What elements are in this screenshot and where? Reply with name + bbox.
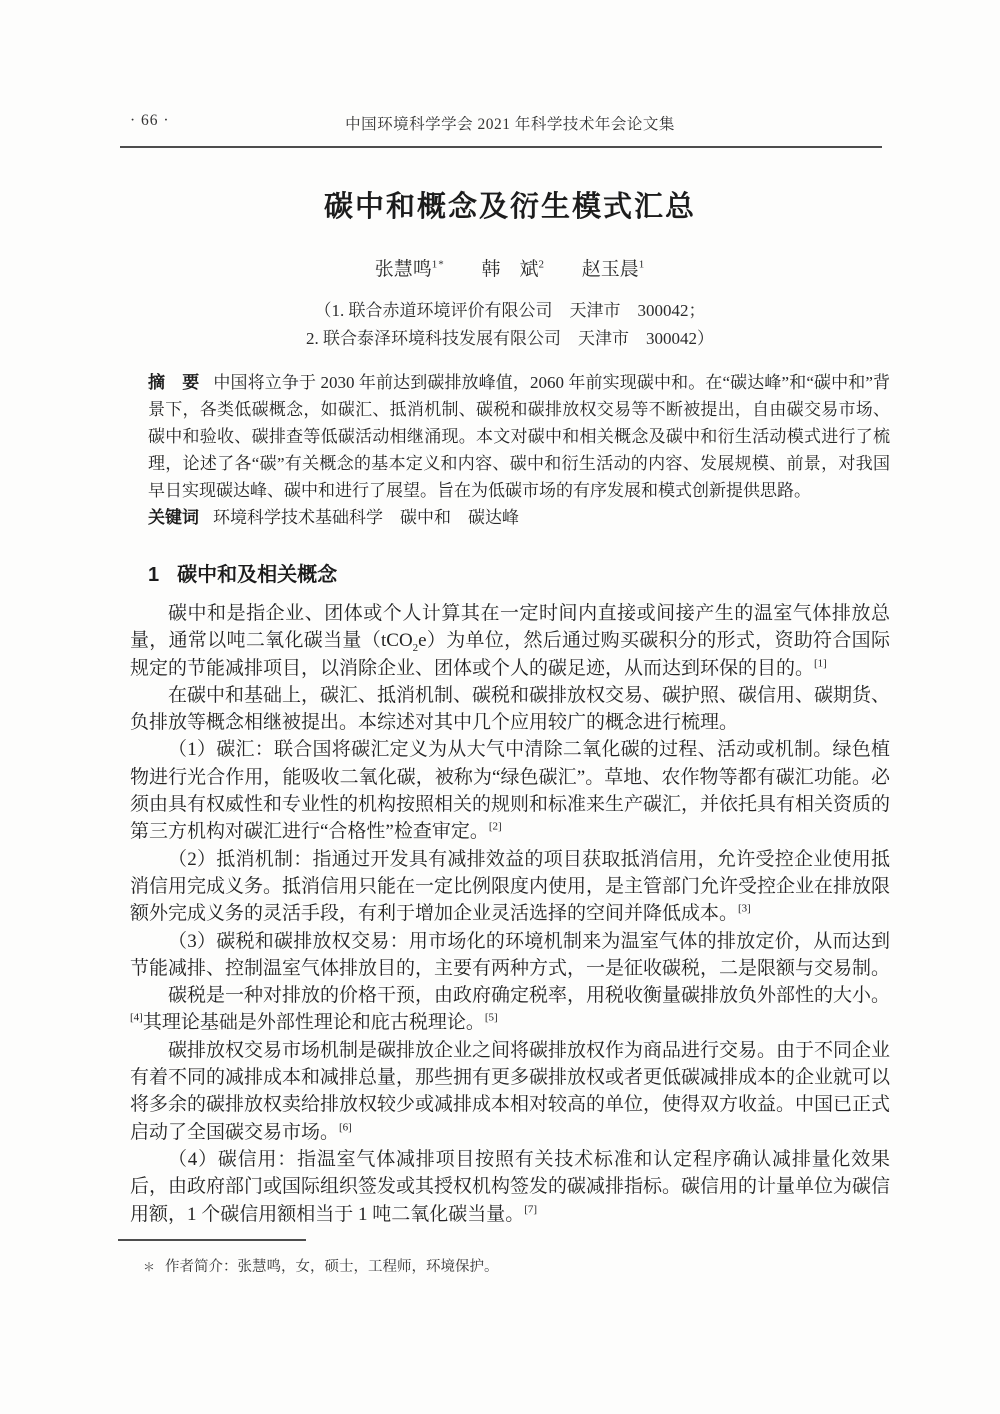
author-3: 赵玉晨1 <box>582 259 646 280</box>
running-header-title: 中国环境科学学会 2021 年科学技术年会论文集 <box>130 112 890 134</box>
author-3-affiliation-mark: 1 <box>639 259 646 271</box>
paragraph-6-text-2: 其理论基础是外部性理论和庇古税理论。 <box>143 1012 485 1033</box>
header-divider <box>120 146 882 148</box>
paragraph-1: 碳中和是指企业、团体或个人计算其在一定时间内直接或间接产生的温室气体排放总量，通… <box>130 600 890 682</box>
reference-2: [2] <box>489 821 502 833</box>
section-number: 1 <box>148 564 159 586</box>
paragraph-3: （1）碳汇：联合国将碳汇定义为从大气中清除二氧化碳的过程、活动或机制。绿色植物进… <box>130 736 890 845</box>
paragraph-6: 碳税是一种对排放的价格干预，由政府确定税率，用税收衡量碳排放负外部性的大小。[4… <box>130 982 890 1037</box>
abstract-label: 摘 要 <box>148 373 199 392</box>
author-1: 张慧鸣1* <box>375 259 445 280</box>
reference-5: [5] <box>485 1012 498 1024</box>
document-page: · 66 · 中国环境科学学会 2021 年科学技术年会论文集 碳中和概念及衍生… <box>0 0 1000 1414</box>
keywords-text: 环境科学技术基础科学 碳中和 碳达峰 <box>213 508 519 527</box>
paragraph-6-text: 碳税是一种对排放的价格干预，由政府确定税率，用税收衡量碳排放负外部性的大小。 <box>168 985 890 1006</box>
section-title: 碳中和及相关概念 <box>177 564 337 586</box>
author-2-affiliation-mark: 2 <box>539 259 546 271</box>
author-line: 张慧鸣1* 韩 斌2 赵玉晨1 <box>130 254 890 281</box>
footnote-divider <box>118 1239 306 1241</box>
reference-7: [7] <box>524 1203 537 1215</box>
footnote-marker: ＊ <box>143 1260 155 1274</box>
reference-3: [3] <box>738 903 751 915</box>
abstract-text: 中国将立争于 2030 年前达到碳排放峰值，2060 年前实现碳中和。在“碳达峰… <box>148 373 890 500</box>
paragraph-5-text: （3）碳税和碳排放权交易：用市场化的环境机制来为温室气体的排放定价，从而达到节能… <box>130 931 890 979</box>
paragraph-4-text: （2）抵消机制：指通过开发具有减排效益的项目获取抵消信用，允许受控企业使用抵消信… <box>130 849 890 925</box>
section-heading-1: 1碳中和及相关概念 <box>148 558 890 587</box>
paragraph-2-text: 在碳中和基础上，碳汇、抵消机制、碳税和碳排放权交易、碳护照、碳信用、碳期货、负排… <box>130 685 890 733</box>
body-text: 碳中和是指企业、团体或个人计算其在一定时间内直接或间接产生的温室气体排放总量，通… <box>130 600 890 1228</box>
paragraph-7: 碳排放权交易市场机制是碳排放企业之间将碳排放权作为商品进行交易。由于不同企业有着… <box>130 1037 890 1146</box>
reference-1: [1] <box>814 657 827 669</box>
keywords-label: 关键词 <box>148 508 199 527</box>
reference-4: [4] <box>130 1012 143 1024</box>
author-1-affiliation-mark: 1* <box>432 259 445 271</box>
running-header: · 66 · 中国环境科学学会 2021 年科学技术年会论文集 <box>130 112 890 134</box>
paper-title: 碳中和概念及衍生模式汇总 <box>130 184 890 225</box>
paragraph-7-text: 碳排放权交易市场机制是碳排放企业之间将碳排放权作为商品进行交易。由于不同企业有着… <box>130 1040 890 1143</box>
author-2: 韩 斌2 <box>481 259 545 280</box>
reference-6: [6] <box>339 1121 352 1133</box>
author-2-name: 韩 斌 <box>481 259 538 280</box>
paragraph-8-text: （4）碳信用：指温室气体减排项目按照有关技术标准和认定程序确认减排量化效果后，由… <box>130 1149 890 1225</box>
affiliation-1: （1. 联合赤道环境评价有限公司 天津市 300042； <box>130 297 890 325</box>
paragraph-3-text: （1）碳汇：联合国将碳汇定义为从大气中清除二氧化碳的过程、活动或机制。绿色植物进… <box>130 739 890 842</box>
author-bio-footnote: ＊作者简介：张慧鸣，女，硕士，工程师，环境保护。 <box>143 1255 843 1276</box>
abstract-block: 摘 要中国将立争于 2030 年前达到碳排放峰值，2060 年前实现碳中和。在“… <box>148 369 890 531</box>
affiliation-2: 2. 联合泰泽环境科技发展有限公司 天津市 300042） <box>130 325 890 353</box>
footnote-text: 作者简介：张慧鸣，女，硕士，工程师，环境保护。 <box>165 1259 499 1275</box>
author-1-name: 张慧鸣 <box>375 259 432 280</box>
affiliations: （1. 联合赤道环境评价有限公司 天津市 300042； 2. 联合泰泽环境科技… <box>130 297 890 353</box>
paragraph-4: （2）抵消机制：指通过开发具有减排效益的项目获取抵消信用，允许受控企业使用抵消信… <box>130 846 890 928</box>
paragraph-8: （4）碳信用：指温室气体减排项目按照有关技术标准和认定程序确认减排量化效果后，由… <box>130 1146 890 1228</box>
abstract-paragraph: 摘 要中国将立争于 2030 年前达到碳排放峰值，2060 年前实现碳中和。在“… <box>148 369 890 504</box>
keywords-line: 关键词环境科学技术基础科学 碳中和 碳达峰 <box>148 504 890 531</box>
author-3-name: 赵玉晨 <box>582 259 639 280</box>
paragraph-5: （3）碳税和碳排放权交易：用市场化的环境机制来为温室气体的排放定价，从而达到节能… <box>130 928 890 983</box>
paragraph-2: 在碳中和基础上，碳汇、抵消机制、碳税和碳排放权交易、碳护照、碳信用、碳期货、负排… <box>130 682 890 737</box>
